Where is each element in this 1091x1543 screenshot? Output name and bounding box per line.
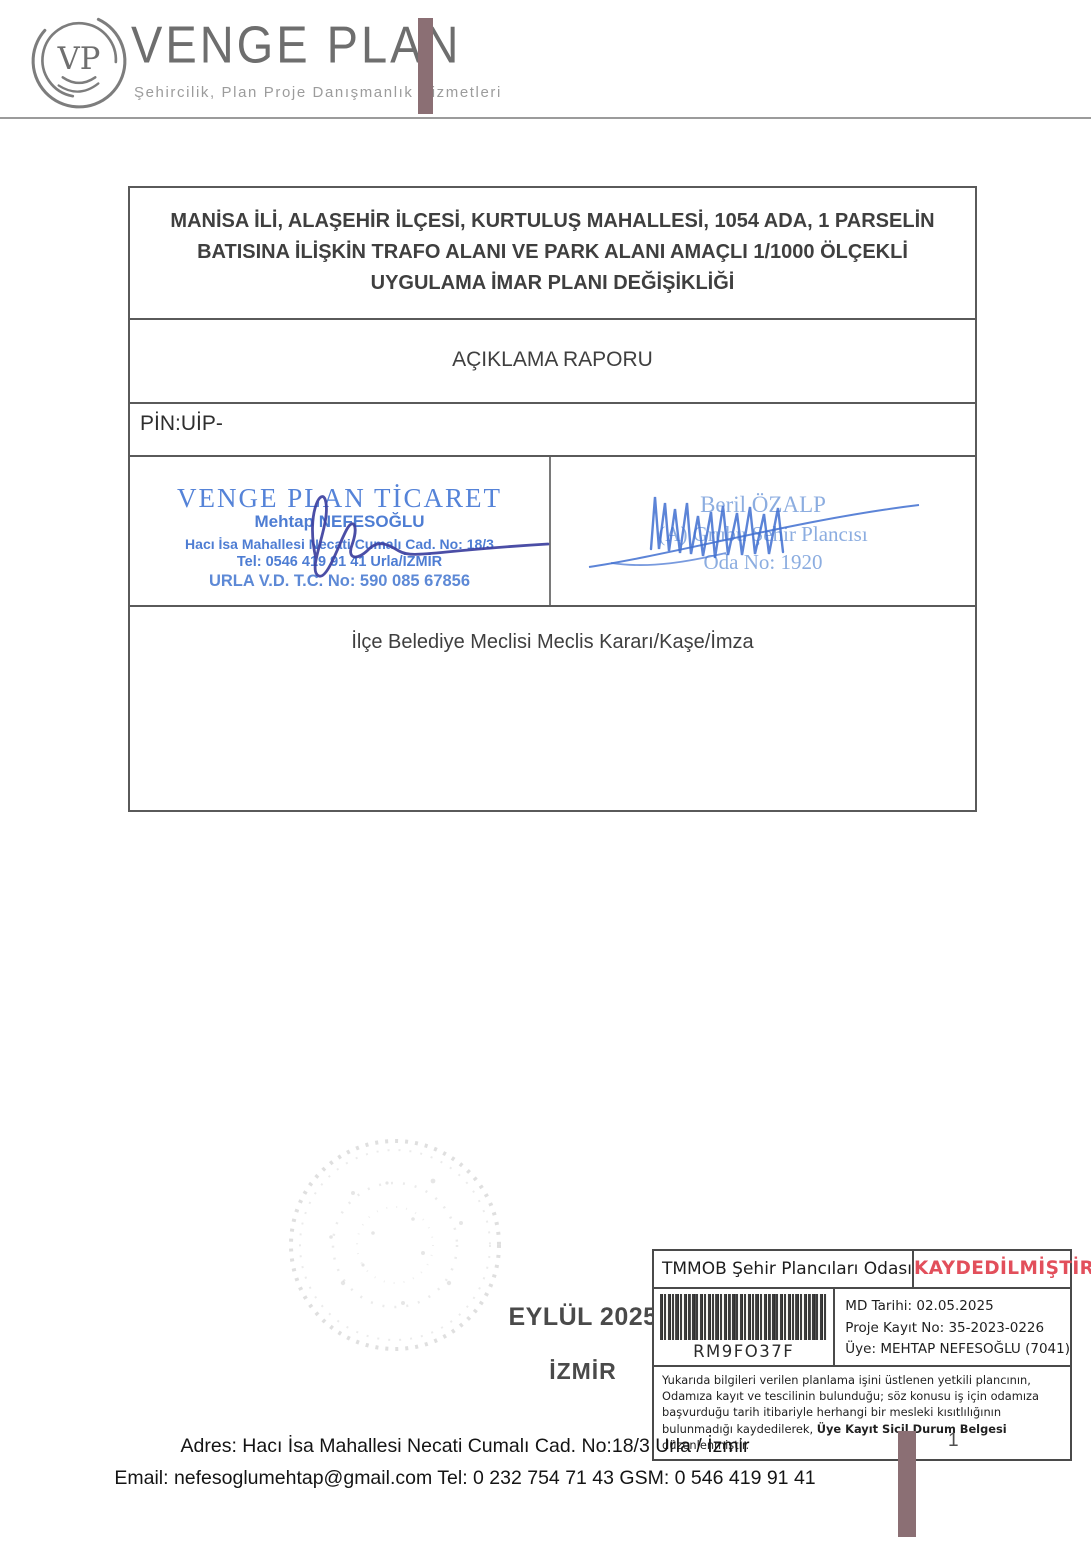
footer: Adres: Hacı İsa Mahallesi Necati Cumalı … — [70, 1430, 860, 1494]
company-stamp-tax: URLA V.D. T.C. No: 590 085 67856 — [130, 572, 549, 591]
date-block: EYLÜL 2025 İZMİR — [500, 1303, 666, 1385]
plan-title: MANİSA İLİ, ALAŞEHİR İLÇESİ, KURTULUŞ MA… — [130, 188, 975, 320]
barcode-icon — [660, 1294, 827, 1340]
author-stamp-chamber-no: Oda No: 1920 — [551, 548, 975, 576]
barcode-cell: RM9FO37F — [654, 1289, 835, 1365]
registration-md-date: MD Tarihi: 02.05.2025 — [845, 1296, 1070, 1318]
author-stamp-cell: Beril ÖZALP (A) Grubu Şehir Plancısı Oda… — [551, 457, 975, 605]
registration-member: Üye: MEHTAP NEFESOĞLU (7041) — [845, 1339, 1070, 1361]
footer-contact: Email: nefesoglumehtap@gmail.com Tel: 0 … — [70, 1462, 860, 1494]
registration-body: RM9FO37F MD Tarihi: 02.05.2025 Proje Kay… — [654, 1289, 1070, 1365]
company-stamp-phone: Tel: 0546 419 91 41 Urla/İZMİR — [130, 554, 549, 570]
venge-plan-logo-icon: VP — [28, 10, 130, 112]
author-stamp-title: (A) Grubu Şehir Plancısı — [551, 520, 975, 548]
barcode-text: RM9FO37F — [660, 1342, 827, 1361]
company-stamp: VENGE PLAN TİCARET Mehtap NEFESOĞLU Hacı… — [130, 483, 549, 591]
pin-number: PİN:UİP- — [130, 404, 975, 457]
registration-status-badge: KAYDEDİLMİŞTİR — [914, 1251, 1077, 1287]
vp-monogram-icon: VP — [57, 42, 101, 77]
company-stamp-person: Mehtap NEFESOĞLU — [130, 512, 549, 532]
brand-tagline: Şehircilik, Plan Proje Danışmanlık Hizme… — [134, 84, 502, 101]
council-decision-row: İlçe Belediye Meclisi Meclis Kararı/Kaşe… — [130, 607, 975, 810]
brand-name: VENGE PLAN — [131, 14, 461, 75]
stamps-row: VENGE PLAN TİCARET Mehtap NEFESOĞLU Hacı… — [130, 457, 975, 607]
registration-project-no: Proje Kayıt No: 35-2023-0226 — [845, 1318, 1070, 1340]
author-stamp: Beril ÖZALP (A) Grubu Şehir Plancısı Oda… — [551, 489, 975, 577]
registration-details: MD Tarihi: 02.05.2025 Proje Kayıt No: 35… — [835, 1289, 1070, 1365]
report-type: AÇIKLAMA RAPORU — [130, 320, 975, 404]
faded-round-seal — [283, 1133, 508, 1358]
company-stamp-address: Hacı İsa Mahallesi Necati Cumalı Cad. No… — [130, 536, 549, 552]
document-page: VP VENGE PLAN Şehircilik, Plan Proje Dan… — [0, 0, 1091, 1543]
footer-accent-bar — [898, 1431, 916, 1537]
chamber-name: TMMOB Şehir Plancıları Odası — [654, 1251, 914, 1287]
cover-table: MANİSA İLİ, ALAŞEHİR İLÇESİ, KURTULUŞ MA… — [128, 186, 977, 812]
header-divider — [0, 117, 1091, 119]
company-stamp-name: VENGE PLAN TİCARET — [130, 483, 549, 514]
author-stamp-name: Beril ÖZALP — [551, 489, 975, 520]
plan-city: İZMİR — [500, 1358, 666, 1385]
planner-stamp-cell: VENGE PLAN TİCARET Mehtap NEFESOĞLU Hacı… — [130, 457, 551, 605]
plan-date: EYLÜL 2025 — [500, 1303, 666, 1332]
footer-address: Adres: Hacı İsa Mahallesi Necati Cumalı … — [70, 1430, 860, 1462]
page-number: 1 — [948, 1430, 959, 1452]
header-accent-bar — [418, 18, 433, 114]
registration-header: TMMOB Şehir Plancıları Odası KAYDEDİLMİŞ… — [654, 1251, 1070, 1289]
